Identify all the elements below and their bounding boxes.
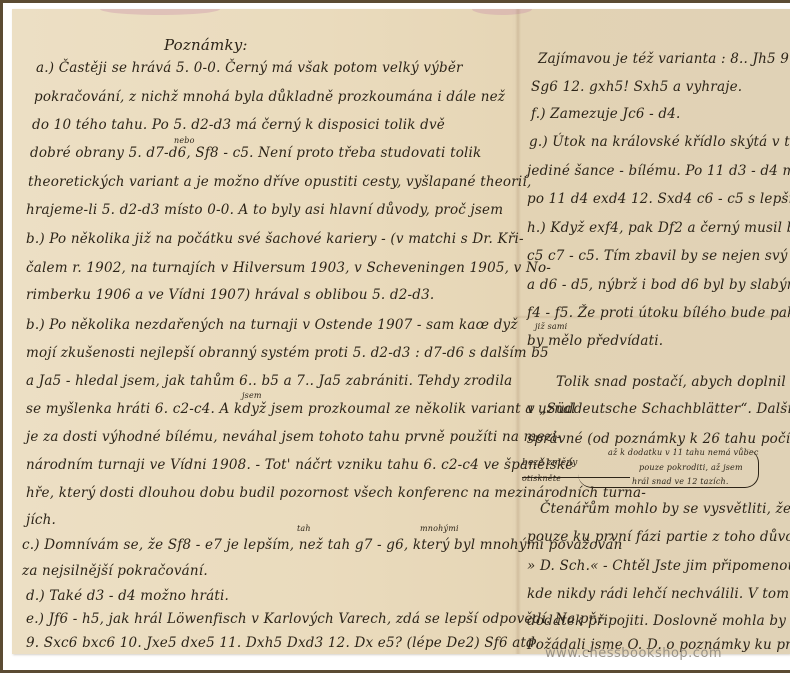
text-line: Sg6 12. gxh5! Sxh5 a vyhraje. <box>531 81 742 95</box>
text-line: Čtenářům mohlo by se vysvětliti, že Jste <box>540 503 790 517</box>
text-line: se myšlenka hráti 6. c2-c4. A když jsem … <box>26 403 576 417</box>
text-line: b.) Po několika již na počátku své šacho… <box>26 233 524 247</box>
margin-note: až k dodatku v 11 tahu nemá vůbec <box>608 449 759 457</box>
text-line: c5 c7 - c5. Tím zbavil by se nejen svý <box>527 250 788 264</box>
text-line: f4 - f5. Že proti útoku bílého bude pak <box>527 307 790 321</box>
margin-note: beze změny <box>522 459 578 468</box>
note-line: v „Süddeutsche Schachblätter“. Další p <box>527 403 790 417</box>
text-line: dobré obrany 5. d7-d6, Sf8 - c5. Není pr… <box>30 147 481 161</box>
text-line: hře, který dosti dlouhou dobu budil pozo… <box>26 487 646 501</box>
manuscript-paper: Poznámky: a.) Častěji se hrává 5. 0-0. Č… <box>12 9 790 654</box>
text-line: by mělo předvídati. <box>527 335 663 349</box>
watermark: www.chessbookshop.com <box>545 646 722 661</box>
text-line: po 11 d4 exd4 12. Sxd4 c6 - c5 s lepší h… <box>527 193 790 207</box>
text-line: za nejsilnější pokračování. <box>22 565 208 579</box>
text-line: dodatek připojiti. Doslovně mohla by ted… <box>527 615 790 629</box>
text-line: a.) Častěji se hrává 5. 0-0. Černý má vš… <box>36 62 463 76</box>
text-line: pokračování, z nichž mnohá byla důkladně… <box>34 91 505 105</box>
interlinear-note: již sami <box>535 323 567 331</box>
margin-note: otiskněte <box>522 475 561 483</box>
text-line: h.) Když exf4, pak Df2 a černý musil by <box>527 222 790 236</box>
ink-stain <box>100 9 220 15</box>
text-line: jích. <box>26 514 56 528</box>
text-line: je za dosti výhodné bílému, neváhal jsem… <box>26 431 561 445</box>
text-line: do 10 tého tahu. Po 5. d2-d3 má černý k … <box>32 119 445 133</box>
text-line: d.) Také d3 - d4 možno hráti. <box>26 590 229 604</box>
ink-stain <box>472 9 532 15</box>
text-line: 9. Sxc6 bxc6 10. Jxe5 dxe5 11. Dxh5 Dxd3… <box>26 637 539 651</box>
text-line: Zajímavou je též varianta : 8.. Jh5 9. <box>538 53 790 67</box>
margin-note: pouze pokroditi, až jsem <box>639 464 743 472</box>
note-line: správné (od poznámky k 26 tahu počínaje)… <box>527 433 790 447</box>
text-line: jediné šance - bílému. Po 11 d3 - d4 moh… <box>527 165 790 179</box>
text-line: » D. Sch.« - Chtěl Jste jim připomenouti… <box>527 560 790 574</box>
text-line: pouze ku první fázi partie z toho důvodu <box>527 531 790 545</box>
interlinear-note: mnohými <box>420 525 459 533</box>
text-line: f.) Zamezuje Jc6 - d4. <box>531 108 681 122</box>
note-line: Tolik snad postačí, abych doplnil p <box>556 376 790 390</box>
text-line: g.) Útok na královské křídlo skýtá v tét… <box>529 136 790 150</box>
text-line: a d6 - d5, nýbrž i bod d6 byl by slabým <box>527 279 790 293</box>
text-line: e.) Jf6 - h5, jak hrál Löwenfisch v Karl… <box>26 613 603 627</box>
text-line: čalem r. 1902, na turnajích v Hilversum … <box>26 262 551 276</box>
text-line: kde nikdy rádi lehčí nechválili. V tom p… <box>527 588 790 602</box>
interlinear-note: nebo <box>174 137 195 145</box>
text-line: b.) Po několika nezdařených na turnaji v… <box>26 319 518 333</box>
interlinear-note: jsem <box>242 392 262 400</box>
interlinear-note: tah <box>297 525 311 533</box>
page-title: Poznámky: <box>164 38 248 53</box>
text-line: rimberku 1906 a ve Vídni 1907) hrával s … <box>26 289 434 303</box>
text-line: theoretických variant a je možno dříve o… <box>28 176 531 190</box>
text-line: národním turnaji ve Vídni 1908. - Tot' n… <box>26 459 574 473</box>
margin-note: hrál snad ve 12 tazích. <box>632 478 729 486</box>
text-line: mojí zkušenosti nejlepší obranný systém … <box>26 347 549 361</box>
text-line: a Ja5 - hledal jsem, jak tahům 6.. b5 a … <box>26 375 512 389</box>
text-line: hrajeme-li 5. d2-d3 místo 0-0. A to byly… <box>26 204 503 218</box>
